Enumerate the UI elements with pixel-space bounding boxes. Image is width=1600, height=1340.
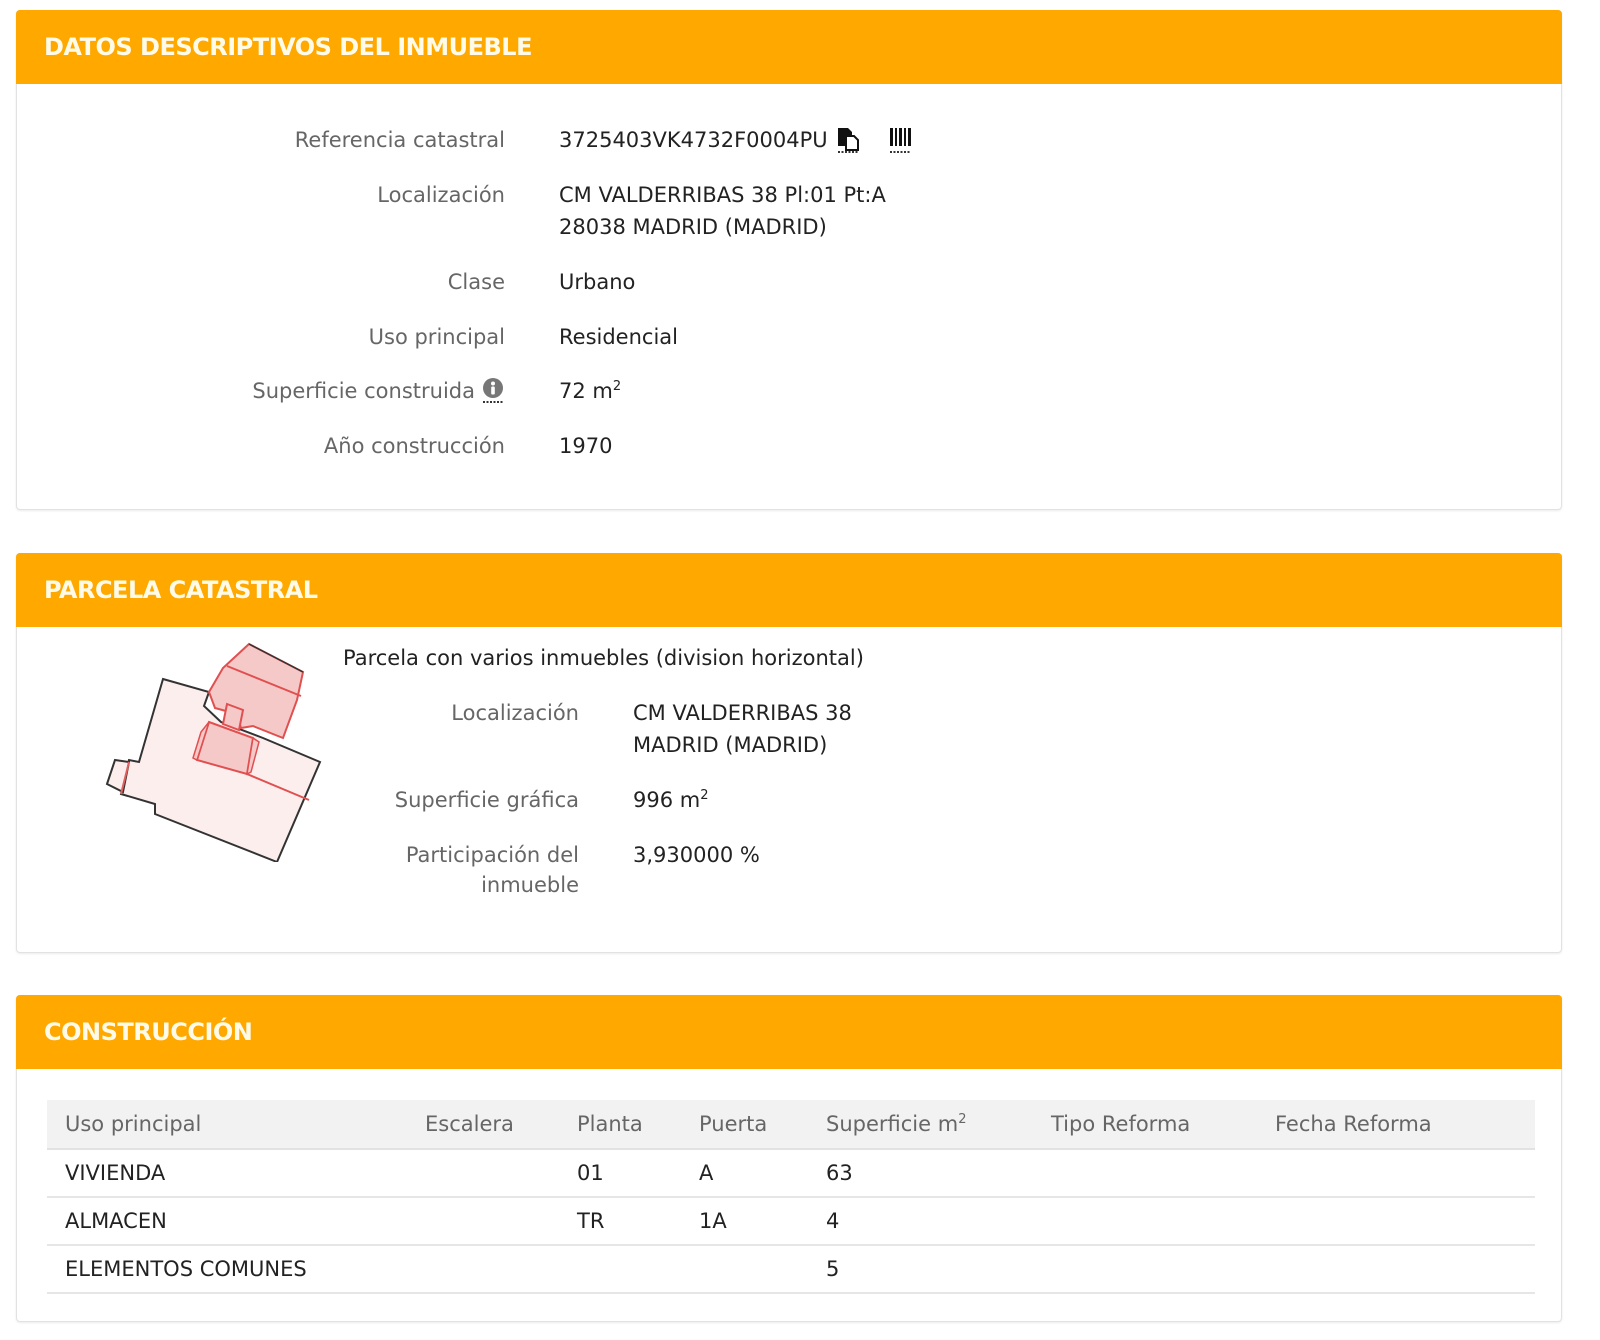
participacion-label: Participación del inmueble — [17, 839, 579, 901]
uso-principal-value: Residencial — [559, 321, 678, 353]
localizacion-label: Localización — [17, 179, 505, 243]
panel-title: PARCELA CATASTRAL — [44, 576, 318, 604]
table-row: ALMACEN TR 1A 4 — [47, 1197, 1535, 1245]
column-header-uso-principal: Uso principal — [47, 1100, 407, 1149]
superficie-construida-row: Superficie construida 72 m2 — [17, 375, 621, 414]
cell-fecha-reforma — [1257, 1245, 1535, 1293]
unit-superscript: 2 — [958, 1112, 966, 1127]
copy-document-icon[interactable] — [836, 126, 862, 163]
parcela-localizacion-line2: MADRID (MADRID) — [633, 729, 852, 761]
participacion-row: Participación del inmueble 3,930000 % — [17, 839, 760, 901]
clase-label: Clase — [17, 266, 505, 298]
localizacion-line1: CM VALDERRIBAS 38 Pl:01 Pt:A — [559, 179, 886, 211]
cell-superficie: 5 — [808, 1245, 1033, 1293]
parcela-catastral-panel: PARCELA CATASTRAL Parcela con varios inm… — [16, 553, 1562, 953]
superficie-construida-value: 72 m2 — [559, 375, 621, 414]
superficie-grafica-value: 996 m2 — [633, 784, 709, 816]
parcela-subtitle: Parcela con varios inmuebles (division h… — [343, 642, 864, 674]
superficie-grafica-number: 996 m — [633, 788, 700, 812]
datos-descriptivos-panel: DATOS DESCRIPTIVOS DEL INMUEBLE Referenc… — [16, 10, 1562, 510]
clase-row: Clase Urbano — [17, 266, 635, 298]
superficie-construida-number: 72 m — [559, 379, 613, 403]
cell-uso: ALMACEN — [47, 1197, 407, 1245]
clase-value: Urbano — [559, 266, 635, 298]
ano-construccion-label: Año construcción — [17, 430, 505, 462]
uso-principal-row: Uso principal Residencial — [17, 321, 678, 353]
barcode-icon[interactable] — [888, 126, 914, 163]
column-header-fecha-reforma: Fecha Reforma — [1257, 1100, 1535, 1149]
ano-construccion-row: Año construcción 1970 — [17, 430, 612, 462]
localizacion-row: Localización CM VALDERRIBAS 38 Pl:01 Pt:… — [17, 179, 886, 243]
column-header-puerta: Puerta — [681, 1100, 808, 1149]
participacion-value: 3,930000 % — [633, 839, 760, 901]
parcela-subtitle-row: Parcela con varios inmuebles (division h… — [343, 642, 864, 674]
referencia-value: 3725403VK4732F0004PU — [559, 124, 828, 163]
unit-superscript: 2 — [700, 788, 708, 803]
column-header-superficie: Superficie m2 — [808, 1100, 1033, 1149]
cell-puerta — [681, 1245, 808, 1293]
cell-superficie: 4 — [808, 1197, 1033, 1245]
ano-construccion-value: 1970 — [559, 430, 612, 462]
parcela-localizacion-label: Localización — [17, 697, 579, 761]
superficie-header-text: Superficie m — [826, 1112, 958, 1136]
cell-tipo-reforma — [1033, 1245, 1257, 1293]
panel-title: CONSTRUCCIÓN — [44, 1018, 252, 1046]
cell-fecha-reforma — [1257, 1149, 1535, 1197]
participacion-label-line1: Participación del — [17, 839, 579, 871]
construccion-table: Uso principal Escalera Planta Puerta Sup… — [47, 1100, 1535, 1294]
table-row: ELEMENTOS COMUNES 5 — [47, 1245, 1535, 1293]
referencia-label: Referencia catastral — [17, 124, 505, 163]
construccion-panel: CONSTRUCCIÓN Uso principal Escalera Plan… — [16, 995, 1562, 1322]
info-icon[interactable] — [481, 377, 505, 414]
cell-puerta: A — [681, 1149, 808, 1197]
parcela-localizacion-line1: CM VALDERRIBAS 38 — [633, 697, 852, 729]
cell-superficie: 63 — [808, 1149, 1033, 1197]
column-header-tipo-reforma: Tipo Reforma — [1033, 1100, 1257, 1149]
superficie-construida-label: Superficie construida — [17, 375, 475, 414]
construccion-header: CONSTRUCCIÓN — [16, 995, 1562, 1069]
cell-fecha-reforma — [1257, 1197, 1535, 1245]
cell-puerta: 1A — [681, 1197, 808, 1245]
table-row: VIVIENDA 01 A 63 — [47, 1149, 1535, 1197]
cell-uso: ELEMENTOS COMUNES — [47, 1245, 407, 1293]
superficie-grafica-label: Superficie gráfica — [17, 784, 579, 816]
cell-planta — [559, 1245, 681, 1293]
referencia-row: Referencia catastral 3725403VK4732F0004P… — [17, 124, 914, 163]
unit-superscript: 2 — [613, 379, 621, 394]
parcela-catastral-header: PARCELA CATASTRAL — [16, 553, 1562, 627]
column-header-escalera: Escalera — [407, 1100, 559, 1149]
cell-escalera — [407, 1197, 559, 1245]
datos-descriptivos-header: DATOS DESCRIPTIVOS DEL INMUEBLE — [16, 10, 1562, 84]
cell-planta: 01 — [559, 1149, 681, 1197]
column-header-planta: Planta — [559, 1100, 681, 1149]
cell-escalera — [407, 1245, 559, 1293]
cell-uso: VIVIENDA — [47, 1149, 407, 1197]
cell-tipo-reforma — [1033, 1149, 1257, 1197]
localizacion-line2: 28038 MADRID (MADRID) — [559, 211, 886, 243]
uso-principal-label: Uso principal — [17, 321, 505, 353]
cell-planta: TR — [559, 1197, 681, 1245]
panel-title: DATOS DESCRIPTIVOS DEL INMUEBLE — [44, 33, 532, 61]
superficie-grafica-row: Superficie gráfica 996 m2 — [17, 784, 709, 816]
cell-tipo-reforma — [1033, 1197, 1257, 1245]
table-header-row: Uso principal Escalera Planta Puerta Sup… — [47, 1100, 1535, 1149]
parcela-localizacion-row: Localización CM VALDERRIBAS 38 MADRID (M… — [17, 697, 852, 761]
participacion-label-line2: inmueble — [17, 869, 579, 901]
cell-escalera — [407, 1149, 559, 1197]
